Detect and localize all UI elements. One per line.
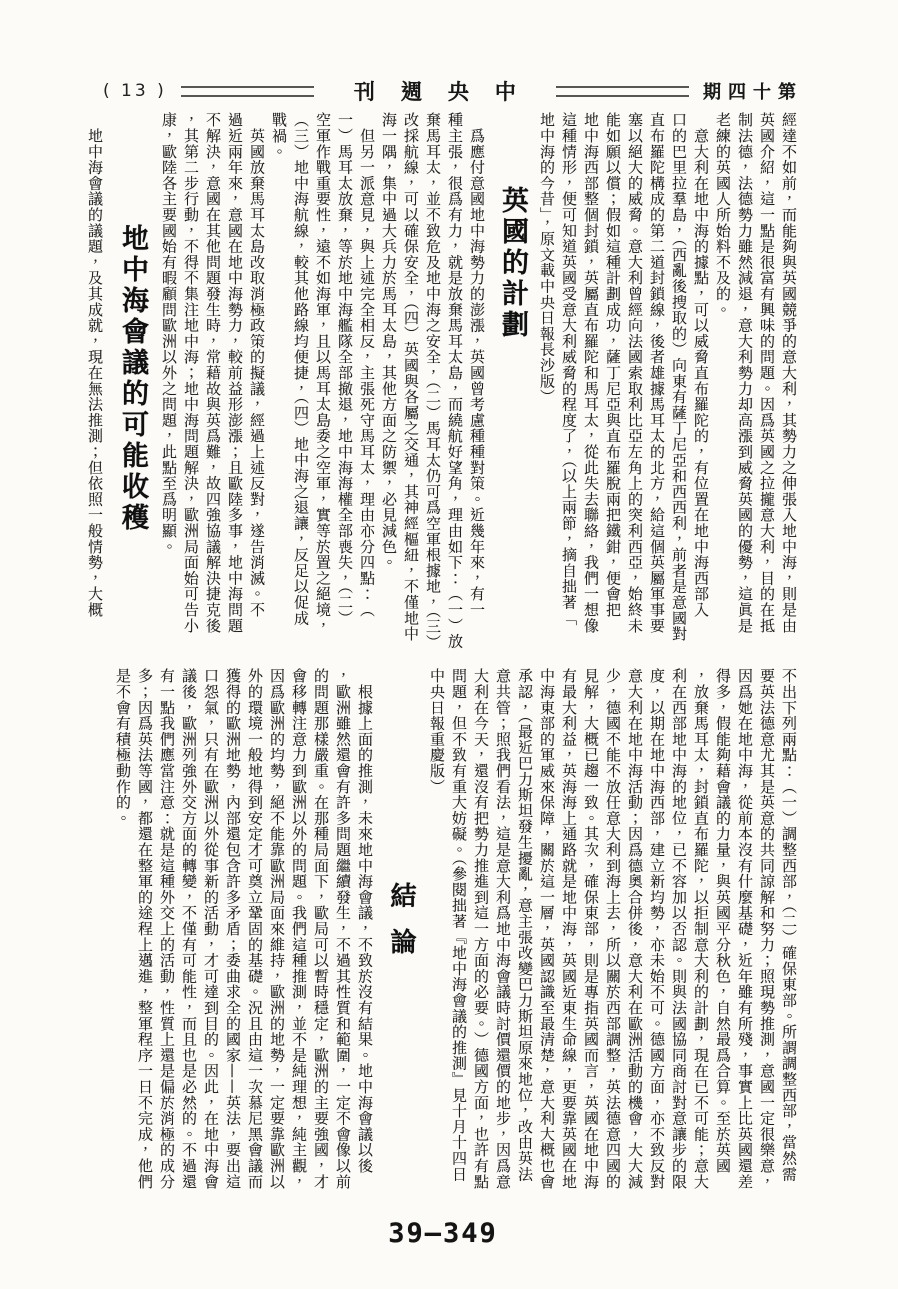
text-column: 根據上面的推測，未來地中海會議，不致於沒有結果。地中海會議以後 [354, 668, 376, 1220]
text-column: 地中海會議的議題，及其成就，現在無法推測；但依照一般情勢，大概 [84, 112, 106, 658]
text-column: 經達不如前，而能夠與英國競爭的意大利，其勢力之伸張入地中海，則是由 [778, 112, 800, 658]
text-column: 是不會有積極動作的。 [112, 668, 134, 1220]
text-column: ，放棄馬耳太，封鎖直布羅陀，以拒制意大利的計劃，現在已不可能；意大 [690, 668, 712, 1220]
text-column: 不解決，意國在其他問題發生時，常藉故與英爲難，故四強協議解決捷克後 [202, 112, 224, 658]
text-column: 大利在今天，還沒有把勢力推進到這一方面的必要。）德國方面，也許有點 [470, 668, 492, 1220]
text-column: 利在西部地中海的地位，已不容加以否認。則與法國協同商討對意讓步的限 [668, 668, 690, 1220]
article-lower-block: 不出下列兩點：（一）調整西部，（二）確保東部。所謂調整西部，當然需要英法德意尤其… [103, 668, 800, 1220]
text-column: 少，德國不能不放任意大利到海上去，所以關於西部調整，英法德意四國的 [602, 668, 624, 1220]
issue-label: 期四十第 [703, 78, 803, 104]
text-column: 有一點我們應當注意：就是這種外交上的活動，性質上還是偏於消極的成分 [156, 668, 178, 1220]
text-column: 地中海西部整個封鎖，英屬直布羅陀和馬耳太，從此失去聯絡，我們一想像 [580, 112, 602, 658]
text-column: 得多，假能夠藉會議的力量，與英國平分秋色，自然最爲合算。至於英國 [712, 668, 734, 1220]
text-column: 多；因爲英法等國，都還在整軍的途程上邁進，整軍程序一日不完成，他們 [134, 668, 156, 1220]
page-header: ( 13 ) 刊週央中 期四十第 [103, 76, 803, 106]
text-column: 塞以絕大的威脅。意大利曾經向法國索取利比亞左角上的突利西亞，始終未 [624, 112, 646, 658]
text-column: 問題，但不致有重大妨礙。（參閱拙著『地中海會議的推測』見十月十四日 [448, 668, 470, 1220]
scanned-magazine-page: ( 13 ) 刊週央中 期四十第 經達不如前，而能夠與英國競爭的意大利，其勢力之… [0, 0, 898, 1289]
text-column: 康，歐陸各主要國始有暇顧問歐洲以外之問題，此點至爲明顯。 [158, 112, 180, 658]
text-column: 海一隅，集中過大兵力於馬耳太島，其他方面之防禦，必見減色。 [378, 112, 400, 658]
text-column: 英國介紹，這一點是很富有興味的問題。因爲英國之拉攏意大利，目的在抵 [756, 112, 778, 658]
page-label: ( 13 ) [103, 81, 167, 101]
text-column: 口怨氣，只有在歐洲以外從事新的活動，才可達到目的。因此，在地中海會 [200, 668, 222, 1220]
text-column: 因爲歐洲的均勢，絕不能靠歐洲局面來維持，歐洲的地勢，一定要靠歐洲以 [266, 668, 288, 1220]
page-footer: 39—349 [0, 1218, 898, 1249]
text-column: 但另一派意見，與上述完全相反，主張死守馬耳太，理由亦分四點：（ [356, 112, 378, 658]
text-column: 獲得的歐洲地勢，內部還包含許多矛盾；委曲求全的國家——英法，要出這 [222, 668, 244, 1220]
text-column: ，其第二步行動，不得不集注地中海；地中海問題解決，歐洲局面始可告小 [180, 112, 202, 658]
text-column: 空軍作戰重要性，遠不如海軍，且以馬耳太島委之空軍，實等於置之絕境， [312, 112, 334, 658]
text-column: 議後，歐洲列強外交方面的轉變，不僅有可能性，而且也是必然的。不過還 [178, 668, 200, 1220]
text-column: 中央日報重慶版） [426, 668, 448, 1220]
text-column: 不出下列兩點：（一）調整西部，（二）確保東部。所謂調整西部，當然需 [778, 668, 800, 1220]
text-column: 因爲她在地中海，從前本沒有什麼基礎，近年雖有所殘，事實上比英國還差 [734, 668, 756, 1220]
text-column: 制法德，法德勢力雖然減退，意大利勢力却高漲到威脅英國的優勢，這眞是 [734, 112, 756, 658]
text-column: 口的巴里拉羣島，（西亂後搜取的）向東有薩丁尼亞和西西利，前者是意國對 [668, 112, 690, 658]
header-rule-left [181, 86, 314, 97]
masthead-title: 刊週央中 [328, 76, 542, 106]
text-column: 會移轉注意力到歐洲以外的問題。我們這種推測，並不是純理想，純主觀， [288, 668, 310, 1220]
page-number: 39—349 [388, 1218, 498, 1249]
article-upper-block: 經達不如前，而能夠與英國競爭的意大利，其勢力之伸張入地中海，則是由英國介紹，這一… [103, 112, 800, 658]
text-column: 要英法德意尤其是英意的共同諒解和努力；照現勢推測，意國一定很樂意， [756, 668, 778, 1220]
text-column: 英國放棄馬耳太島改取消極政策的擬議，經過上述反對，遂告消滅。不 [246, 112, 268, 658]
text-column: 一）馬耳太放棄，等於地中海艦隊全部撤退，地中海海權全部喪失，（二） [334, 112, 356, 658]
text-column: 戰禍。 [268, 112, 290, 658]
text-column: 種主張，很爲有力，就是放棄馬耳太島，而繞航好望角，理由如下：（一）放 [444, 112, 466, 658]
header-rule-right [556, 86, 689, 97]
text-column: 承認，（最近巴力斯坦發生擾亂，意主張改變巴力斯坦原來地位，改由英法 [514, 668, 536, 1220]
text-column: （三）地中海航線，較其他路線均便捷，（四）地中海之退讓，反足以促成 [290, 112, 312, 658]
text-column: 度，以期在地中海西部，建立新均勢，亦未始不可。德國方面，亦不致反對 [646, 668, 668, 1220]
heading-mediterranean-harvest: 地中海會議的可能收穫 [112, 112, 152, 658]
text-column: 的問題那樣嚴重。在那種局面下，歐局可以暫時穩定，歐洲的主要強國，才 [310, 668, 332, 1220]
text-column: 有最大利益，英海海上通路就是地中海，英國近東生命線，更要靠英國在地 [558, 668, 580, 1220]
heading-england-plan: 英國的計劃 [492, 112, 532, 658]
heading-conclusion: 結論 [381, 668, 421, 1220]
text-column: 改採航線，可以確保安全，（四）英國與各屬之交通，其神經樞紐，不僅地中 [400, 112, 422, 658]
text-column: 能如願以償；假如這種計劃成功，薩丁尼亞與直布羅脫兩把鐵鉗，便會把 [602, 112, 624, 658]
text-column: 外的環境一般地得到安定才可奠立鞏固的基礎。況且由這一次慕尼黑會議而 [244, 668, 266, 1220]
text-column: 見解，大概已趨一致。其次，確保東部，則是專指英國而言，英國在地中海 [580, 668, 602, 1220]
text-column: 這種情形，便可知道英國受意大利威脅的程度了，（以上兩節，摘自拙著「 [558, 112, 580, 658]
text-column: 意大利在地中海活動；因爲德奧合併後，意大利在歐洲活動的機會，大大減 [624, 668, 646, 1220]
text-column: 過近兩年來，意國在地中海勢力，較前益形澎漲；且歐陸多事，地中海問題 [224, 112, 246, 658]
text-column: ，歐洲雖然還會有許多問題繼續發生，不過其性質和範圍，一定不會像以前 [332, 668, 354, 1220]
text-column: 直布羅陀構成的第二道封鎖線，後者雄據馬耳太的北方，給這個英屬軍事要 [646, 112, 668, 658]
text-column: 中海東部的軍威來保障，關於這一層，英國認識至最清楚，意大利大概也會 [536, 668, 558, 1220]
text-column: 地中海的今昔」，原文載中央日報長沙版） [536, 112, 558, 658]
text-column: 意共管；照我們看法，這是意大利爲地中海會議時討價還價的地步，因爲意 [492, 668, 514, 1220]
text-column: 老練的英國人所始料不及的。 [712, 112, 734, 658]
text-column: 棄馬耳太，並不致危及地中海之安全，（二）馬耳太仍可爲空軍根據地，（三） [422, 112, 444, 658]
text-column: 意大利在地中海的據點，可以威脅直布羅陀的，有位置在地中海西部入 [690, 112, 712, 658]
text-column: 爲應付意國地中海勢力的澎漲，英國曾考慮種種對策。近幾年來，有一 [466, 112, 488, 658]
